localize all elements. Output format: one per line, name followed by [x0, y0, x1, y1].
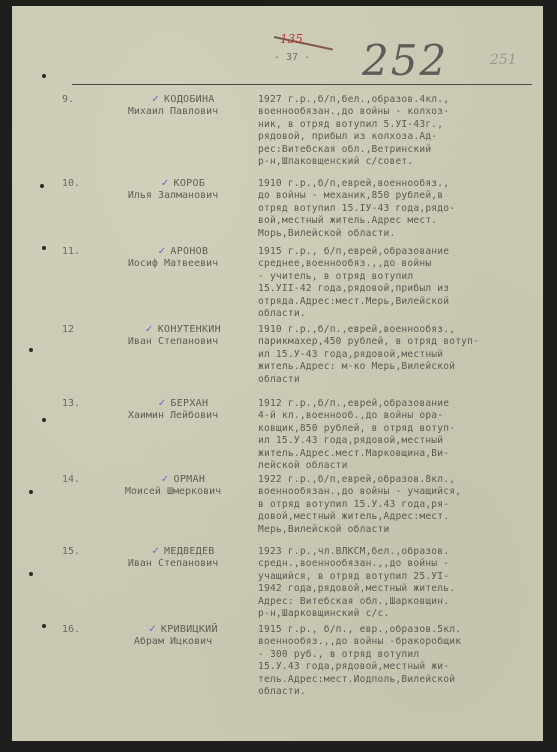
checkmark-icon: ✓ — [158, 246, 167, 257]
entry-number: 12 — [62, 324, 74, 335]
entry-surname: ✓КРИВИЦКИЙ — [108, 624, 258, 635]
binding-hole — [29, 348, 33, 352]
entry-surname: ✓КОНУТЕНКИН — [108, 324, 258, 335]
entry-number: 16. — [62, 624, 80, 635]
checkmark-icon: ✓ — [145, 324, 154, 335]
entry-given-names: Михаил Павлович — [98, 106, 248, 117]
entry-surname: ✓ОРМАН — [108, 474, 258, 485]
checkmark-icon: ✓ — [151, 94, 160, 105]
entry-description: 1912 г.р.,б/п.,еврей,образование 4-й кл.… — [258, 398, 490, 472]
entry-number: 14. — [62, 474, 80, 485]
surname-text: МЕДВЕДЕВ — [164, 546, 215, 557]
entry-given-names: Абрам Ицкович — [98, 636, 248, 647]
entry-number: 10. — [62, 178, 80, 189]
entry-surname: ✓БЕРХАН — [108, 398, 258, 409]
entry-number: 9. — [62, 94, 74, 105]
surname-text: БЕРХАН — [170, 398, 208, 409]
entry-given-names: Илья Залманович — [98, 190, 248, 201]
entry-number: 11. — [62, 246, 80, 257]
entry-description: 1910 г.р.,б/п,еврей,военнообяз., до войн… — [258, 178, 490, 240]
binding-hole — [40, 184, 44, 188]
surname-text: КОРОБ — [174, 178, 206, 189]
surname-text: КОНУТЕНКИН — [158, 324, 221, 335]
checkmark-icon: ✓ — [161, 474, 170, 485]
entry-description: 1927 г.р.,б/п,бел.,образов.4кл., военноо… — [258, 94, 490, 168]
archival-document-page: 135 - 37 - 252 251 9.✓КОДОБИНАМихаил Пав… — [12, 6, 543, 741]
checkmark-icon: ✓ — [148, 624, 157, 635]
surname-text: АРОНОВ — [170, 246, 208, 257]
entry-surname: ✓КОРОБ — [108, 178, 258, 189]
entry-number: 15. — [62, 546, 80, 557]
surname-text: КРИВИЦКИЙ — [161, 624, 218, 635]
pencil-folio-number: 252 — [362, 36, 448, 85]
faint-folio-number: 251 — [490, 52, 517, 68]
entry-number: 13. — [62, 398, 80, 409]
checkmark-icon: ✓ — [151, 546, 160, 557]
entry-given-names: Иван Степанович — [98, 336, 248, 347]
binding-hole — [42, 74, 46, 78]
entry-surname: ✓МЕДВЕДЕВ — [108, 546, 258, 557]
checkmark-icon: ✓ — [158, 398, 167, 409]
surname-text: ОРМАН — [174, 474, 206, 485]
entry-given-names: Иосиф Матвеевич — [98, 258, 248, 269]
entry-description: 1915 г.р., б/п., евр.,образов.5кл. военн… — [258, 624, 490, 698]
entry-given-names: Хаимин Лейбович — [98, 410, 248, 421]
entry-given-names: Моисей Шмеркович — [98, 486, 248, 497]
entry-description: 1910 г.р.,б/п.,еврей,военнообяз., парикм… — [258, 324, 490, 386]
entry-description: 1922 г.р.,б/п,еврей,образов.8кл., военно… — [258, 474, 490, 536]
entry-surname: ✓АРОНОВ — [108, 246, 258, 257]
entry-surname: ✓КОДОБИНА — [108, 94, 258, 105]
binding-hole — [29, 572, 33, 576]
binding-hole — [42, 624, 46, 628]
entry-description: 1923 г.р.,чл.ВЛКСМ,бел.,образов. средн.,… — [258, 546, 490, 620]
entry-given-names: Иван Степанович — [98, 558, 248, 569]
checkmark-icon: ✓ — [161, 178, 170, 189]
entry-description: 1915 г.р., б/п,еврей,образование среднее… — [258, 246, 490, 320]
red-archive-number: 135 — [280, 32, 303, 46]
binding-hole — [29, 490, 33, 494]
page-label: - 37 - — [274, 52, 310, 63]
surname-text: КОДОБИНА — [164, 94, 215, 105]
binding-hole — [42, 418, 46, 422]
header-rule — [72, 84, 532, 85]
binding-hole — [42, 246, 46, 250]
